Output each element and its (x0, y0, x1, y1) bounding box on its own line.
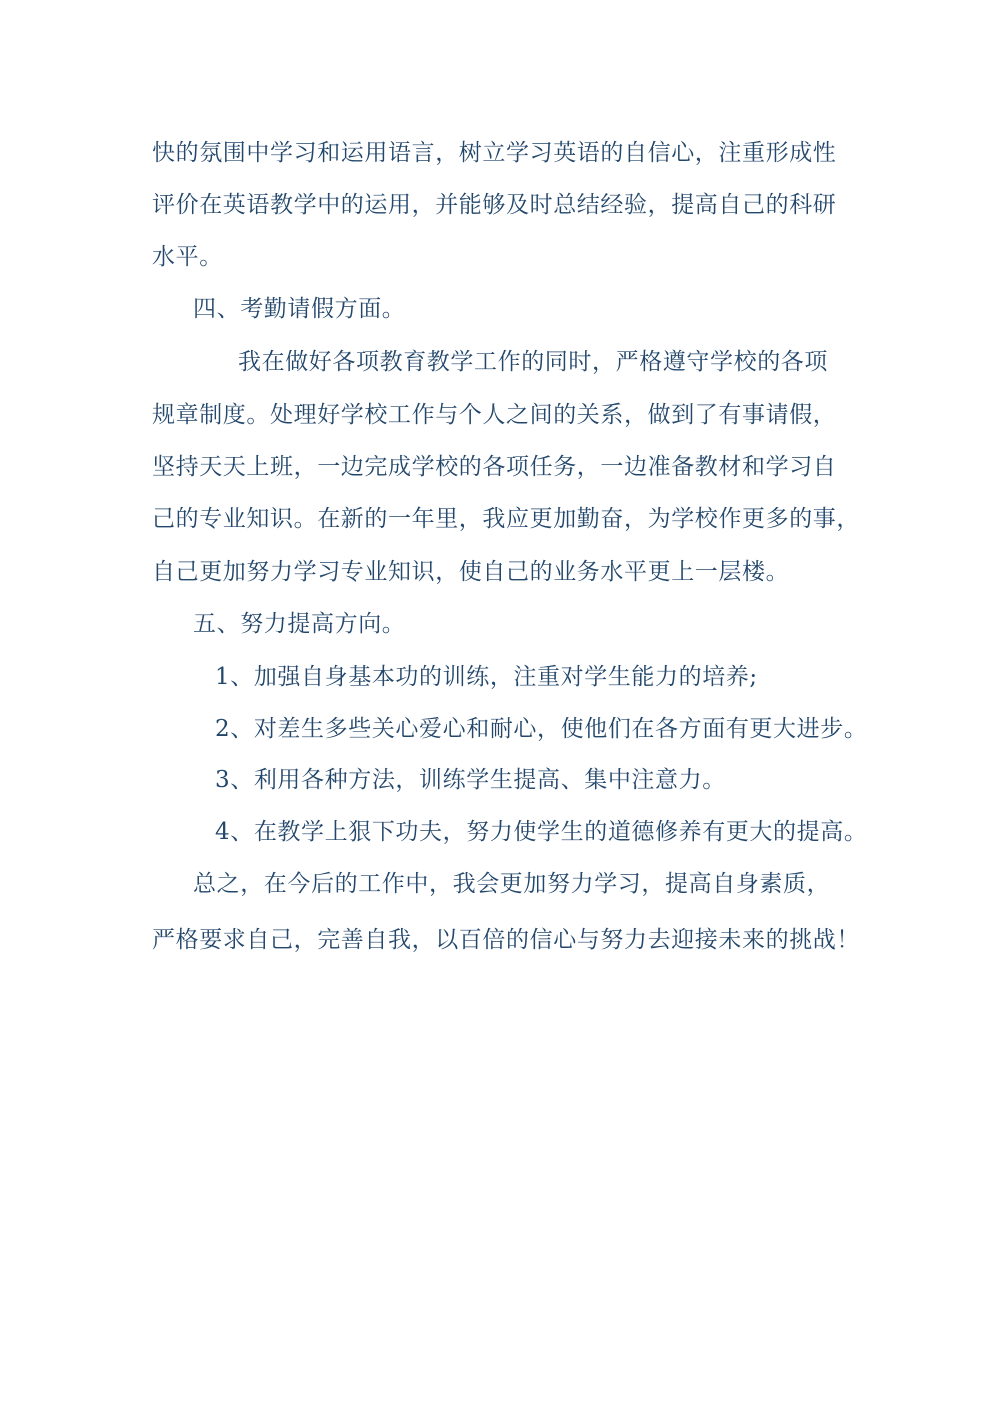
list-item: 2、对差生多些关心爱心和耐心，使他们在各方面有更大进步。 (215, 714, 867, 744)
paragraph-line: 己的专业知识。在新的一年里，我应更加勤奋，为学校作更多的事， (152, 504, 860, 534)
section-heading-improvement: 五、努力提高方向。 (193, 609, 405, 639)
paragraph-line: 快的氛围中学习和运用语言，树立学习英语的自信心，注重形成性 (152, 138, 836, 168)
paragraph-line: 评价在英语教学中的运用，并能够及时总结经验，提高自己的科研 (152, 190, 836, 220)
paragraph-line: 我在做好各项教育教学工作的同时，严格遵守学校的各项 (238, 347, 828, 377)
list-item: 1、加强自身基本功的训练，注重对学生能力的培养; (215, 662, 758, 692)
paragraph-line: 水平。 (152, 242, 223, 272)
list-item: 3、利用各种方法，训练学生提高、集中注意力。 (215, 765, 726, 795)
paragraph-line: 自己更加努力学习专业知识，使自己的业务水平更上一层楼。 (152, 557, 789, 587)
conclusion-line: 总之，在今后的工作中，我会更加努力学习，提高自身素质， (193, 869, 830, 899)
paragraph-line: 坚持天天上班，一边完成学校的各项任务，一边准备教材和学习自 (152, 452, 836, 482)
paragraph-line: 规章制度。处理好学校工作与个人之间的关系，做到了有事请假， (152, 400, 836, 430)
list-item: 4、在教学上狠下功夫，努力使学生的道德修养有更大的提高。 (215, 817, 867, 847)
section-heading-attendance: 四、考勤请假方面。 (193, 294, 405, 324)
conclusion-line: 严格要求自己，完善自我，以百倍的信心与努力去迎接未来的挑战！ (152, 925, 860, 955)
document-page: 快的氛围中学习和运用语言，树立学习英语的自信心，注重形成性 评价在英语教学中的运… (0, 0, 1000, 1415)
